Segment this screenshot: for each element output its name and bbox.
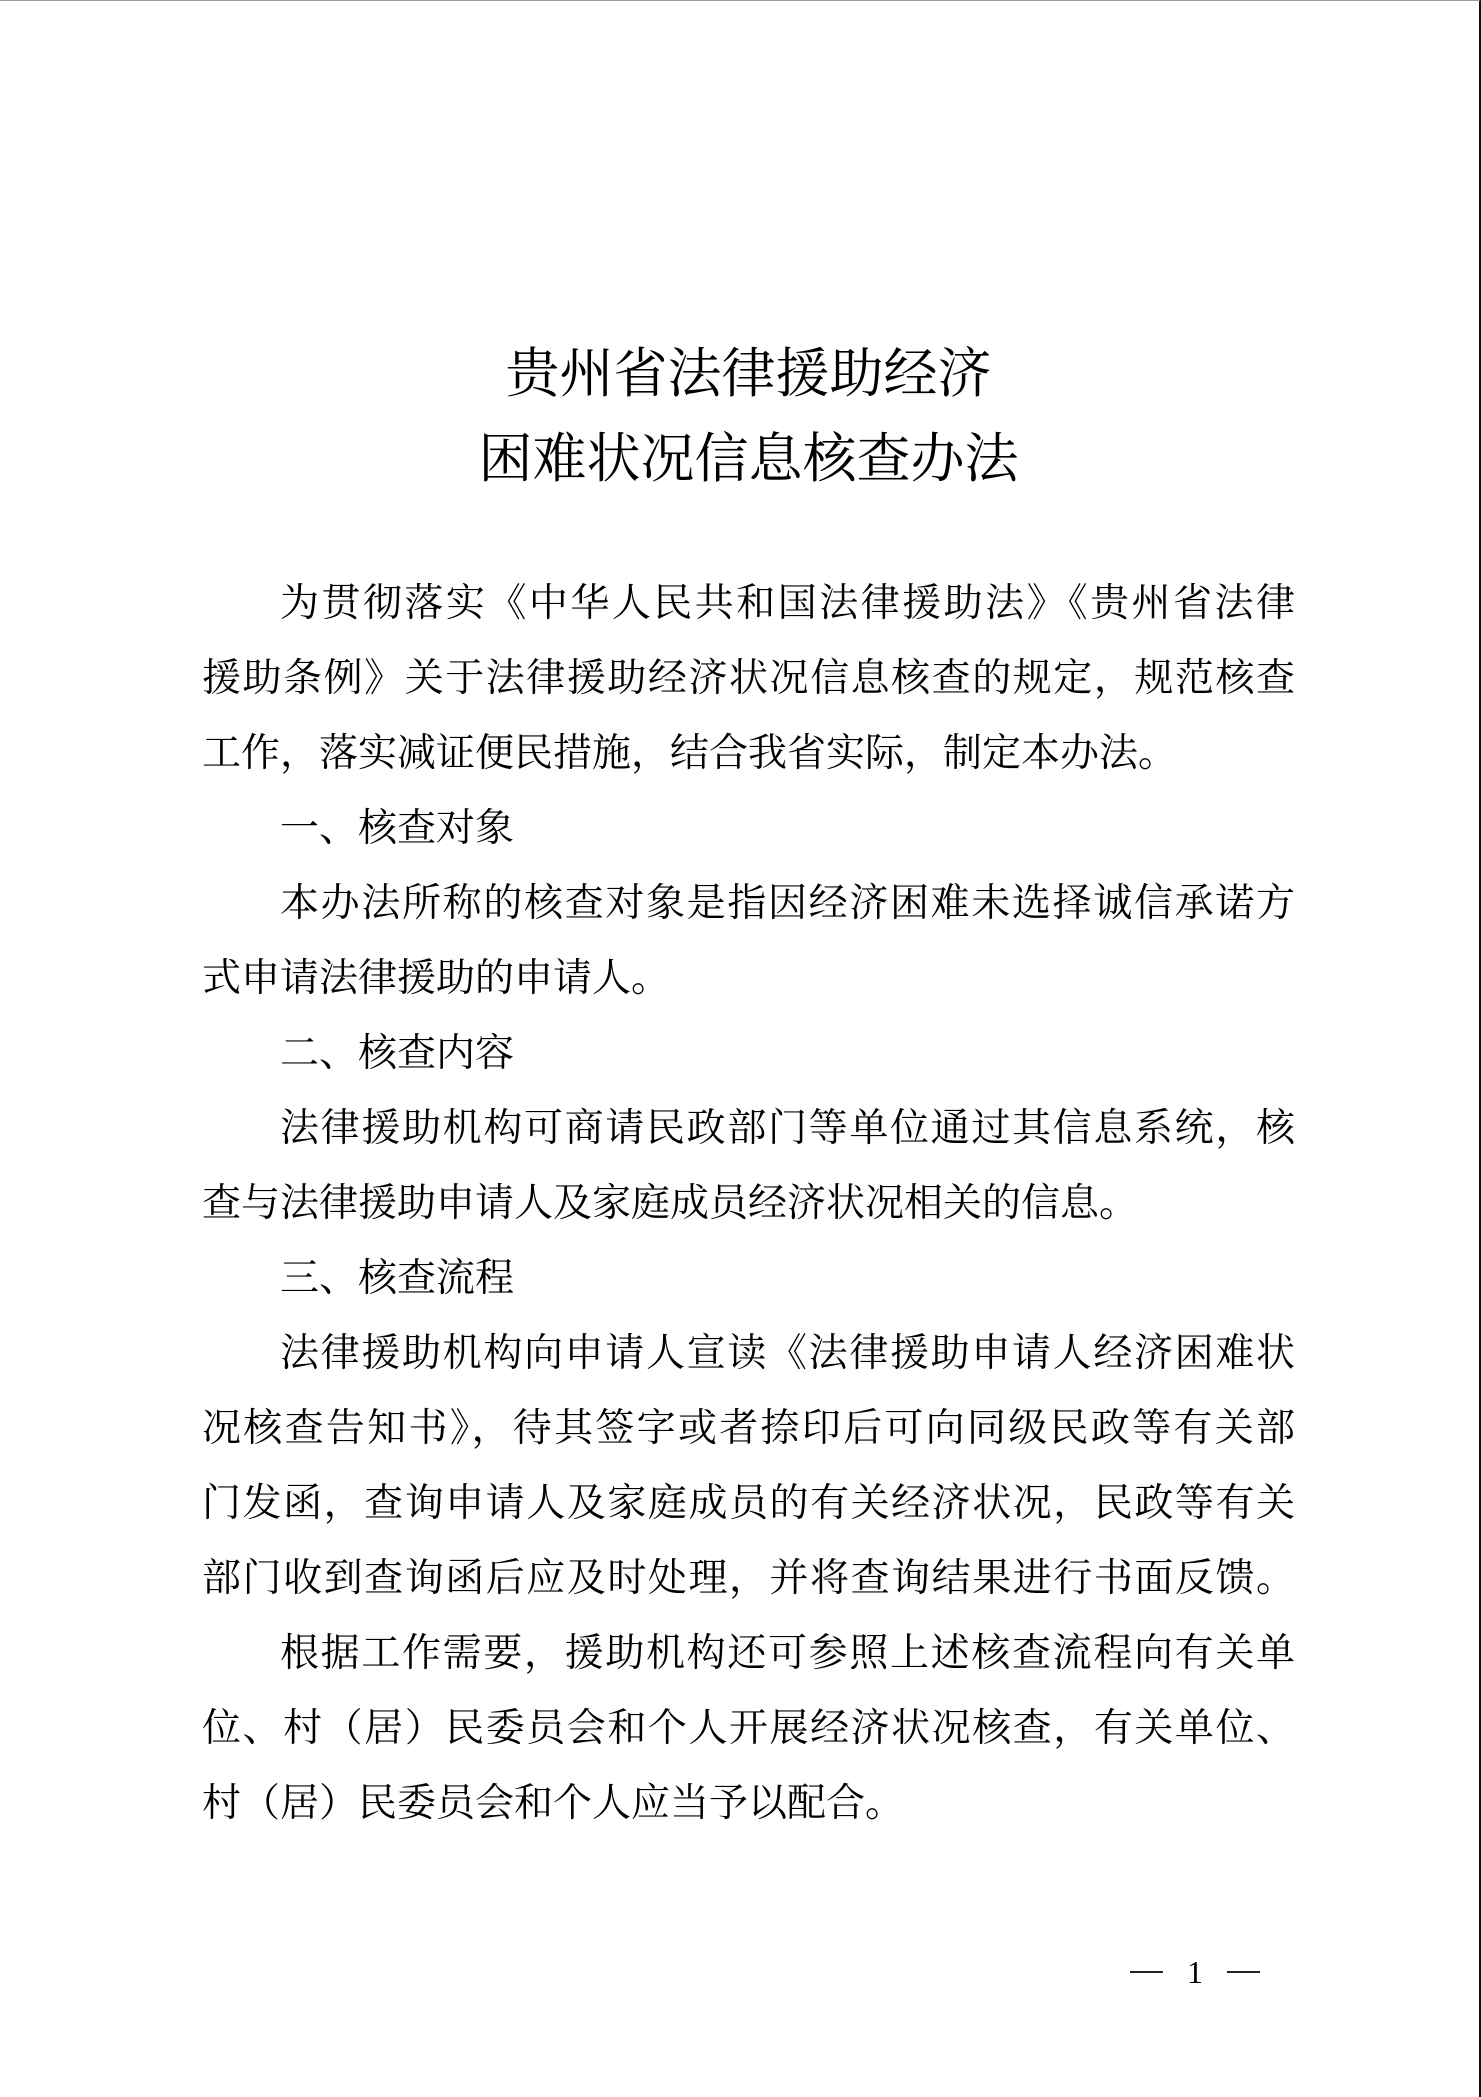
section-3-para-2-line-1: 根据工作需要，援助机构还可参照上述核查流程向有关单: [202, 1616, 1295, 1691]
page-number-dash-right: [1227, 1971, 1260, 1973]
document-body: 为贯彻落实《中华人民共和国法律援助法》《贵州省法律 援助条例》关于法律援助经济状…: [202, 566, 1295, 1841]
section-3-para-1-line-4: 部门收到查询函后应及时处理，并将查询结果进行书面反馈。: [202, 1541, 1295, 1616]
section-1-line-1: 本办法所称的核查对象是指因经济困难未选择诚信承诺方: [202, 866, 1295, 941]
preamble-line-3: 工作，落实减证便民措施，结合我省实际，制定本办法。: [202, 716, 1295, 791]
document-page: 贵州省法律援助经济 困难状况信息核查办法 为贯彻落实《中华人民共和国法律援助法》…: [0, 0, 1481, 2097]
page-number-dash-left: [1130, 1971, 1163, 1973]
section-heading-1: 一、核查对象: [202, 791, 1295, 866]
page-number: 1: [1130, 1951, 1260, 1993]
section-3-para-2-line-3: 村（居）民委员会和个人应当予以配合。: [202, 1766, 1295, 1841]
preamble-line-2: 援助条例》关于法律援助经济状况信息核查的规定，规范核查: [202, 641, 1295, 716]
title-line-1: 贵州省法律援助经济: [202, 331, 1295, 416]
section-3-para-1-line-1: 法律援助机构向申请人宣读《法律援助申请人经济困难状: [202, 1316, 1295, 1391]
section-2-line-1: 法律援助机构可商请民政部门等单位通过其信息系统，核: [202, 1091, 1295, 1166]
preamble-line-1: 为贯彻落实《中华人民共和国法律援助法》《贵州省法律: [202, 566, 1295, 641]
section-heading-2: 二、核查内容: [202, 1016, 1295, 1091]
section-3-para-1-line-3: 门发函，查询申请人及家庭成员的有关经济状况，民政等有关: [202, 1466, 1295, 1541]
title-line-2: 困难状况信息核查办法: [202, 416, 1295, 501]
document-title: 贵州省法律援助经济 困难状况信息核查办法: [202, 331, 1295, 501]
page-number-value: 1: [1187, 1951, 1203, 1993]
section-3-para-2-line-2: 位、村（居）民委员会和个人开展经济状况核查，有关单位、: [202, 1691, 1295, 1766]
section-2-line-2: 查与法律援助申请人及家庭成员经济状况相关的信息。: [202, 1166, 1295, 1241]
section-1-line-2: 式申请法律援助的申请人。: [202, 941, 1295, 1016]
section-heading-3: 三、核查流程: [202, 1241, 1295, 1316]
section-3-para-1-line-2: 况核查告知书》，待其签字或者捺印后可向同级民政等有关部: [202, 1391, 1295, 1466]
